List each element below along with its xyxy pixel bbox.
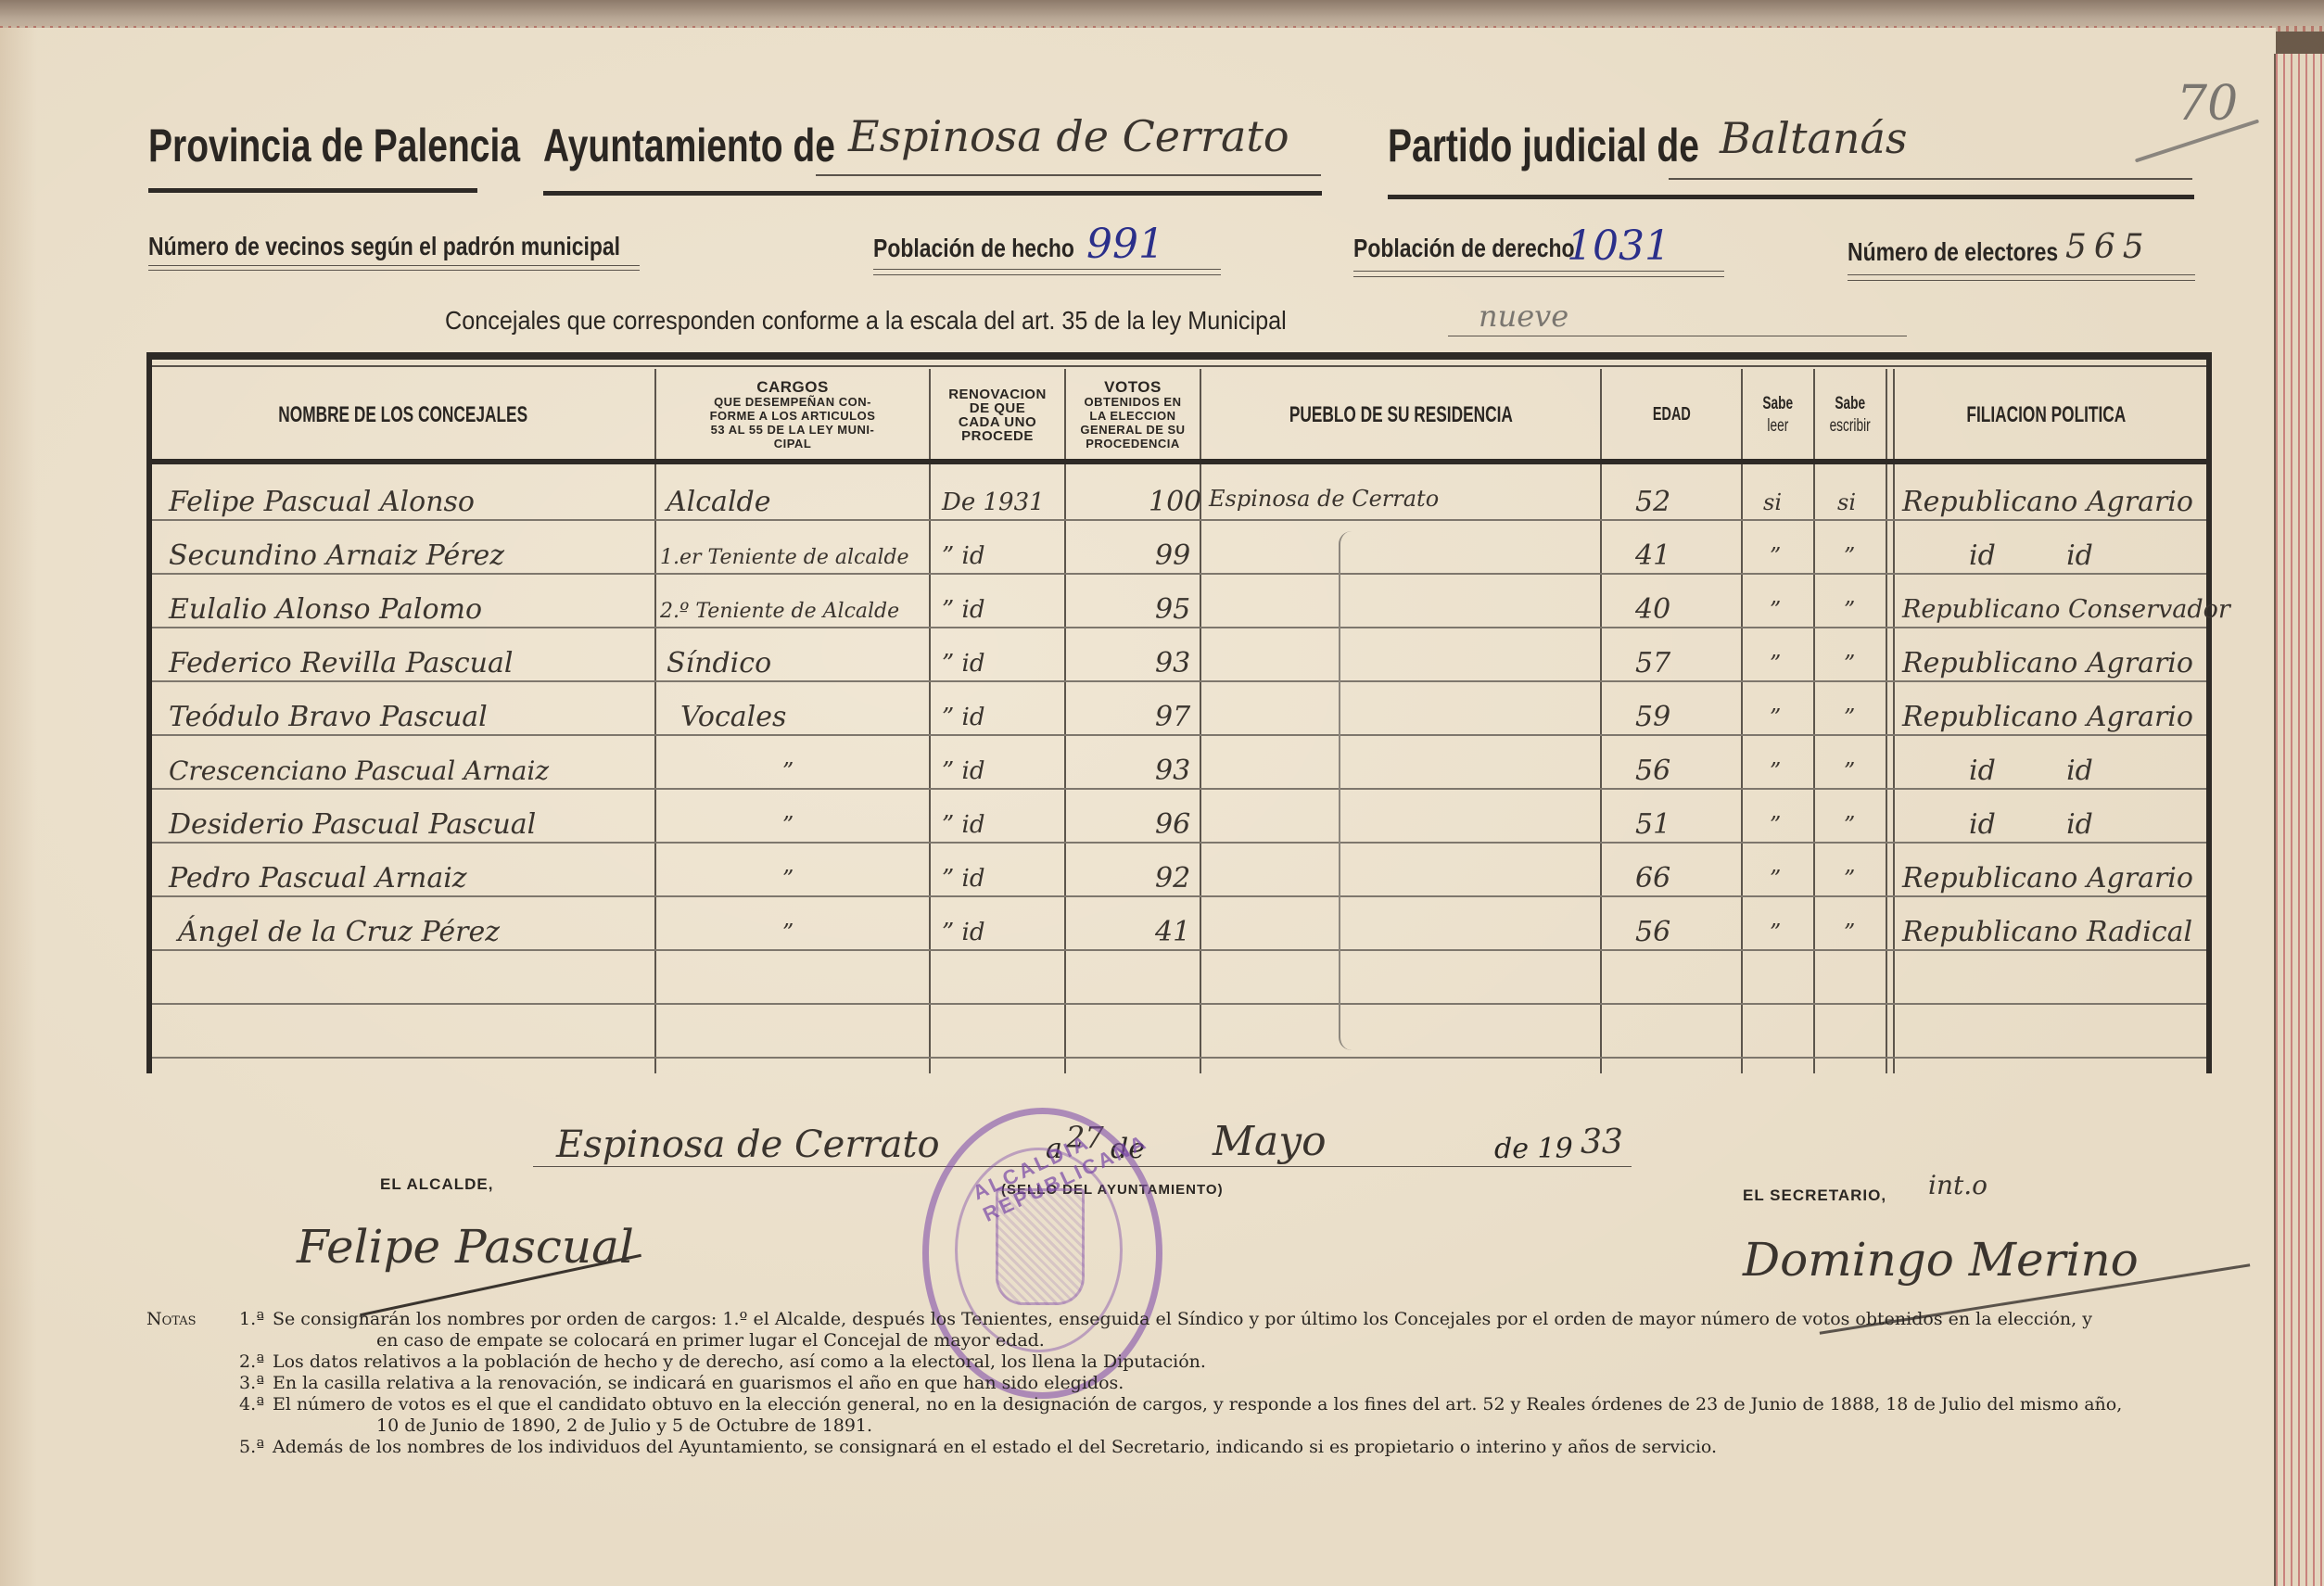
secretario-label: EL SECRETARIO, <box>1743 1186 1886 1205</box>
page-number: 70 <box>2177 76 2238 132</box>
electores-line-2 <box>1848 280 2195 281</box>
poblacion-hecho-value: 991 <box>1086 221 1164 268</box>
header-cargos: CARGOS QUE DESEMPEÑAN CON- FORME A LOS A… <box>656 371 929 459</box>
concejales-table: NOMBRE DE LOS CONCEJALES CARGOS QUE DESE… <box>146 352 2212 1073</box>
poblacion-derecho-value: 1031 <box>1567 222 1670 270</box>
alcalde-label: EL ALCALDE, <box>380 1175 493 1194</box>
header-filiacion: FILIACION POLITICA <box>1891 371 2201 459</box>
concejales-line <box>1448 336 1907 336</box>
date-month: Mayo <box>1213 1118 1327 1165</box>
electores-line-1 <box>1848 274 2195 275</box>
concejales-label: Concejales que corresponden conforme a l… <box>445 306 1287 336</box>
note-item: 5.ªAdemás de los nombres de los individu… <box>239 1437 1717 1458</box>
vecinos-line-2 <box>148 270 640 271</box>
note-item: 4.ªEl número de votos es el que el candi… <box>239 1394 2122 1415</box>
note-item: 3.ªEn la casilla relativa a la renovació… <box>239 1373 1124 1394</box>
ditto-brace <box>1339 531 1359 1050</box>
hecho-line-2 <box>873 274 1221 275</box>
secretario-note: int.o <box>1928 1170 1987 1200</box>
partido-underline <box>1388 195 2194 199</box>
col-divider <box>1886 369 1895 1073</box>
hecho-line-1 <box>873 269 1221 270</box>
header-votos: VOTOS OBTENIDOS EN LA ELECCION GENERAL D… <box>1066 371 1200 459</box>
provincia-underline <box>148 188 477 193</box>
vecinos-label: Número de vecinos según el padrón munici… <box>148 232 724 261</box>
partido-value: Baltanás <box>1720 113 1908 163</box>
poblacion-hecho-label: Población de hecho <box>873 234 1118 263</box>
concejales-value: nueve <box>1479 298 1568 334</box>
header-renovacion: RENOVACION DE QUE CADA UNO PROCEDE <box>931 371 1064 459</box>
header-pueblo: PUEBLO DE SU RESIDENCIA <box>1201 371 1600 459</box>
note-item-cont: 10 de Junio de 1890, 2 de Julio y 5 de O… <box>376 1415 872 1437</box>
header-edad: EDAD <box>1602 371 1741 459</box>
col-divider <box>1064 369 1066 1073</box>
ayuntamiento-underline <box>543 191 1322 196</box>
header-sabe-leer: Sabe leer <box>1743 371 1813 459</box>
ayuntamiento-value: Espinosa de Cerrato <box>848 111 1289 161</box>
note-item: 2.ªLos datos relativos a la población de… <box>239 1351 1206 1373</box>
book-gutter <box>2276 54 2324 1586</box>
ayuntamiento-line <box>816 174 1321 176</box>
date-year-label: de 19 <box>1494 1133 1573 1165</box>
col-divider <box>1813 369 1815 1073</box>
col-divider <box>654 369 656 1073</box>
notes-label: Notas <box>146 1309 197 1330</box>
electores-value: 565 <box>2065 228 2152 266</box>
vecinos-line-1 <box>148 265 640 266</box>
note-item-cont: en caso de empate se colocará en primer … <box>376 1330 1045 1351</box>
col-divider <box>1600 369 1602 1073</box>
col-divider <box>929 369 931 1073</box>
partido-line <box>1669 178 2192 180</box>
secretario-signature: Domingo Merino <box>1743 1233 2139 1287</box>
col-divider <box>1741 369 1743 1073</box>
header-sabe-escribir: Sabe escribir <box>1815 371 1886 459</box>
derecho-line-1 <box>1353 271 1724 272</box>
date-year-value: 33 <box>1581 1123 1623 1161</box>
col-divider <box>1200 369 1201 1073</box>
header-divider <box>152 459 2206 464</box>
date-place: Espinosa de Cerrato <box>556 1123 940 1166</box>
header-nombre: NOMBRE DE LOS CONCEJALES <box>152 371 654 459</box>
derecho-line-2 <box>1353 276 1724 277</box>
note-item: 1.ªSe consignarán los nombres por orden … <box>239 1309 2092 1330</box>
book-top-edge <box>0 0 2324 32</box>
